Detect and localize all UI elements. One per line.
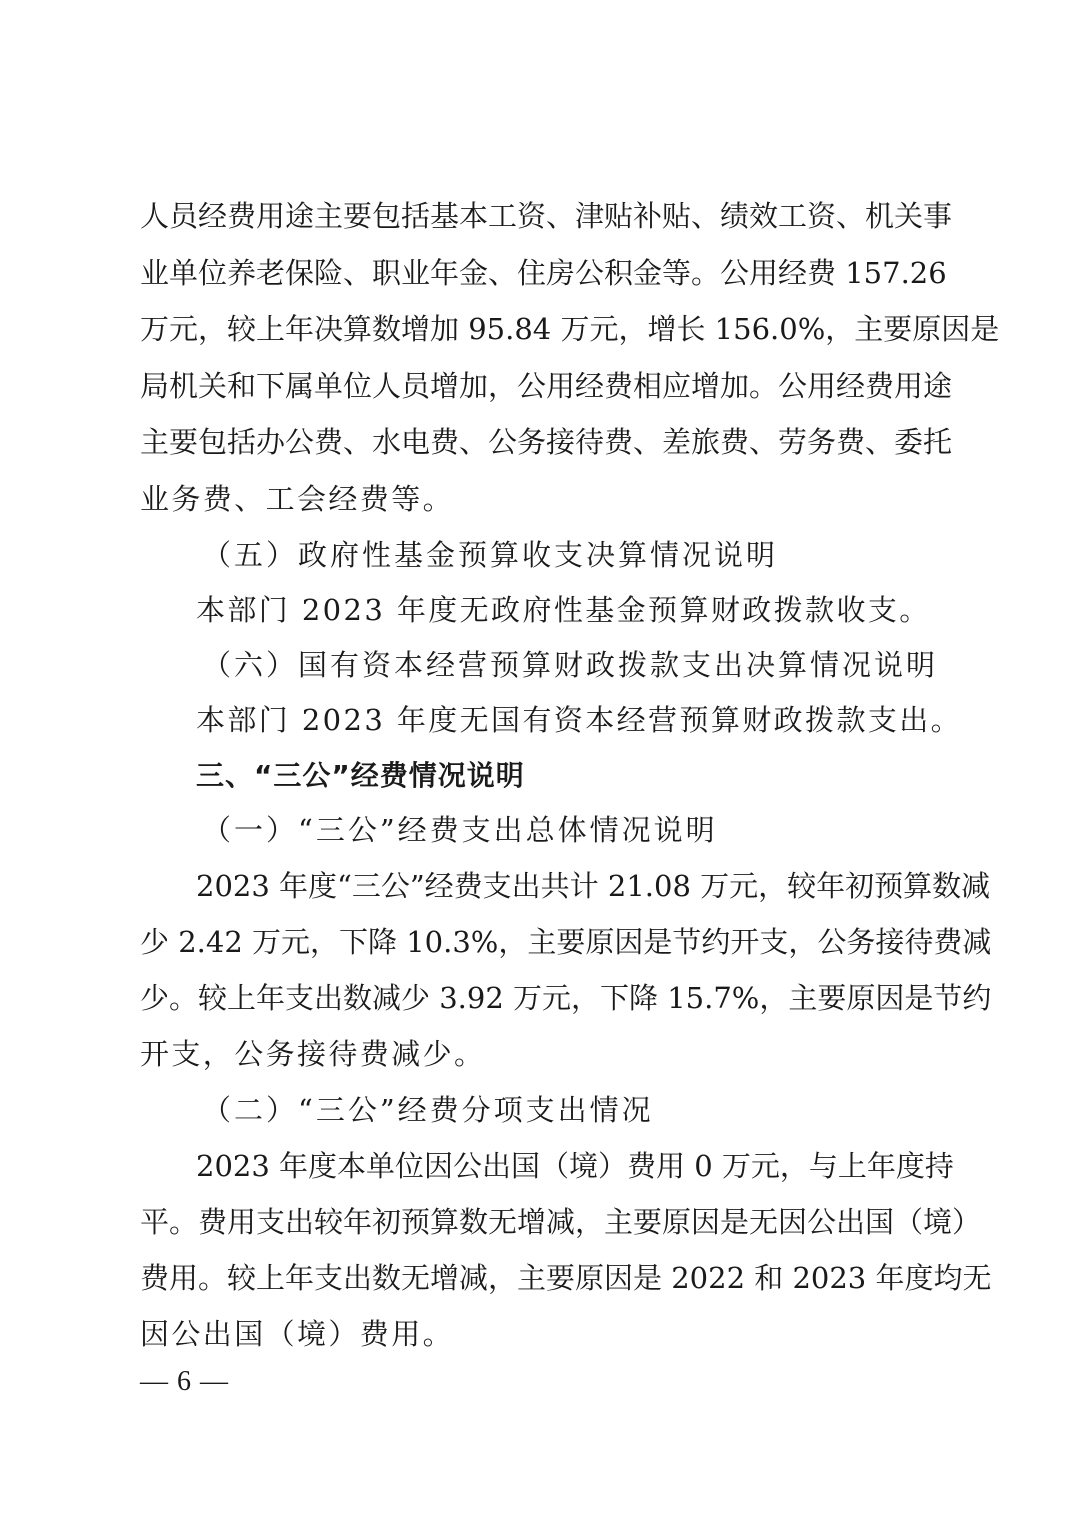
body-text-line: 人员经费用途主要包括基本工资、津贴补贴、绩效工资、机关事 (140, 196, 940, 236)
body-text-line: 平。费用支出较年初预算数无增减，主要原因是无因公出国（境） (140, 1202, 940, 1242)
body-text-line: 少 2.42 万元，下降 10.3%，主要原因是节约开支，公务接待费减 (140, 922, 940, 962)
body-text-line: 局机关和下属单位人员增加，公用经费相应增加。公用经费用途 (140, 366, 940, 406)
section-heading-3-1: （一）“三公”经费支出总体情况说明 (202, 810, 718, 850)
body-text-line: 少。较上年支出数减少 3.92 万元，下降 15.7%，主要原因是节约 (140, 978, 940, 1018)
section-heading-6: （六）国有资本经营预算财政拨款支出决算情况说明 (202, 645, 938, 685)
body-text-line: 业务费、工会经费等。 (140, 479, 454, 519)
body-text-line: 2023 年度本单位因公出国（境）费用 0 万元，与上年度持 (196, 1146, 940, 1186)
chapter-heading-3: 三、“三公”经费情况说明 (196, 756, 525, 796)
section-heading-5: （五）政府性基金预算收支决算情况说明 (202, 535, 778, 575)
body-text-line: 费用。较上年支出数无增减，主要原因是 2022 和 2023 年度均无 (140, 1258, 940, 1298)
body-text-line: 2023 年度“三公”经费支出共计 21.08 万元，较年初预算数减 (196, 866, 940, 906)
section-heading-3-2: （二）“三公”经费分项支出情况 (202, 1090, 654, 1130)
body-text-line: 本部门 2023 年度无国有资本经营预算财政拨款支出。 (196, 700, 962, 740)
body-text-line: 业单位养老保险、职业年金、住房公积金等。公用经费 157.26 (140, 253, 940, 293)
page-number: — 6 — (140, 1365, 229, 1399)
body-text-line: 本部门 2023 年度无政府性基金预算财政拨款收支。 (196, 590, 931, 630)
body-text-line: 万元，较上年决算数增加 95.84 万元，增长 156.0%，主要原因是 (140, 309, 940, 349)
body-text-line: 主要包括办公费、水电费、公务接待费、差旅费、劳务费、委托 (140, 422, 940, 462)
body-text-line: 因公出国（境）费用。 (140, 1314, 454, 1354)
body-text-line: 开支，公务接待费减少。 (140, 1034, 485, 1074)
